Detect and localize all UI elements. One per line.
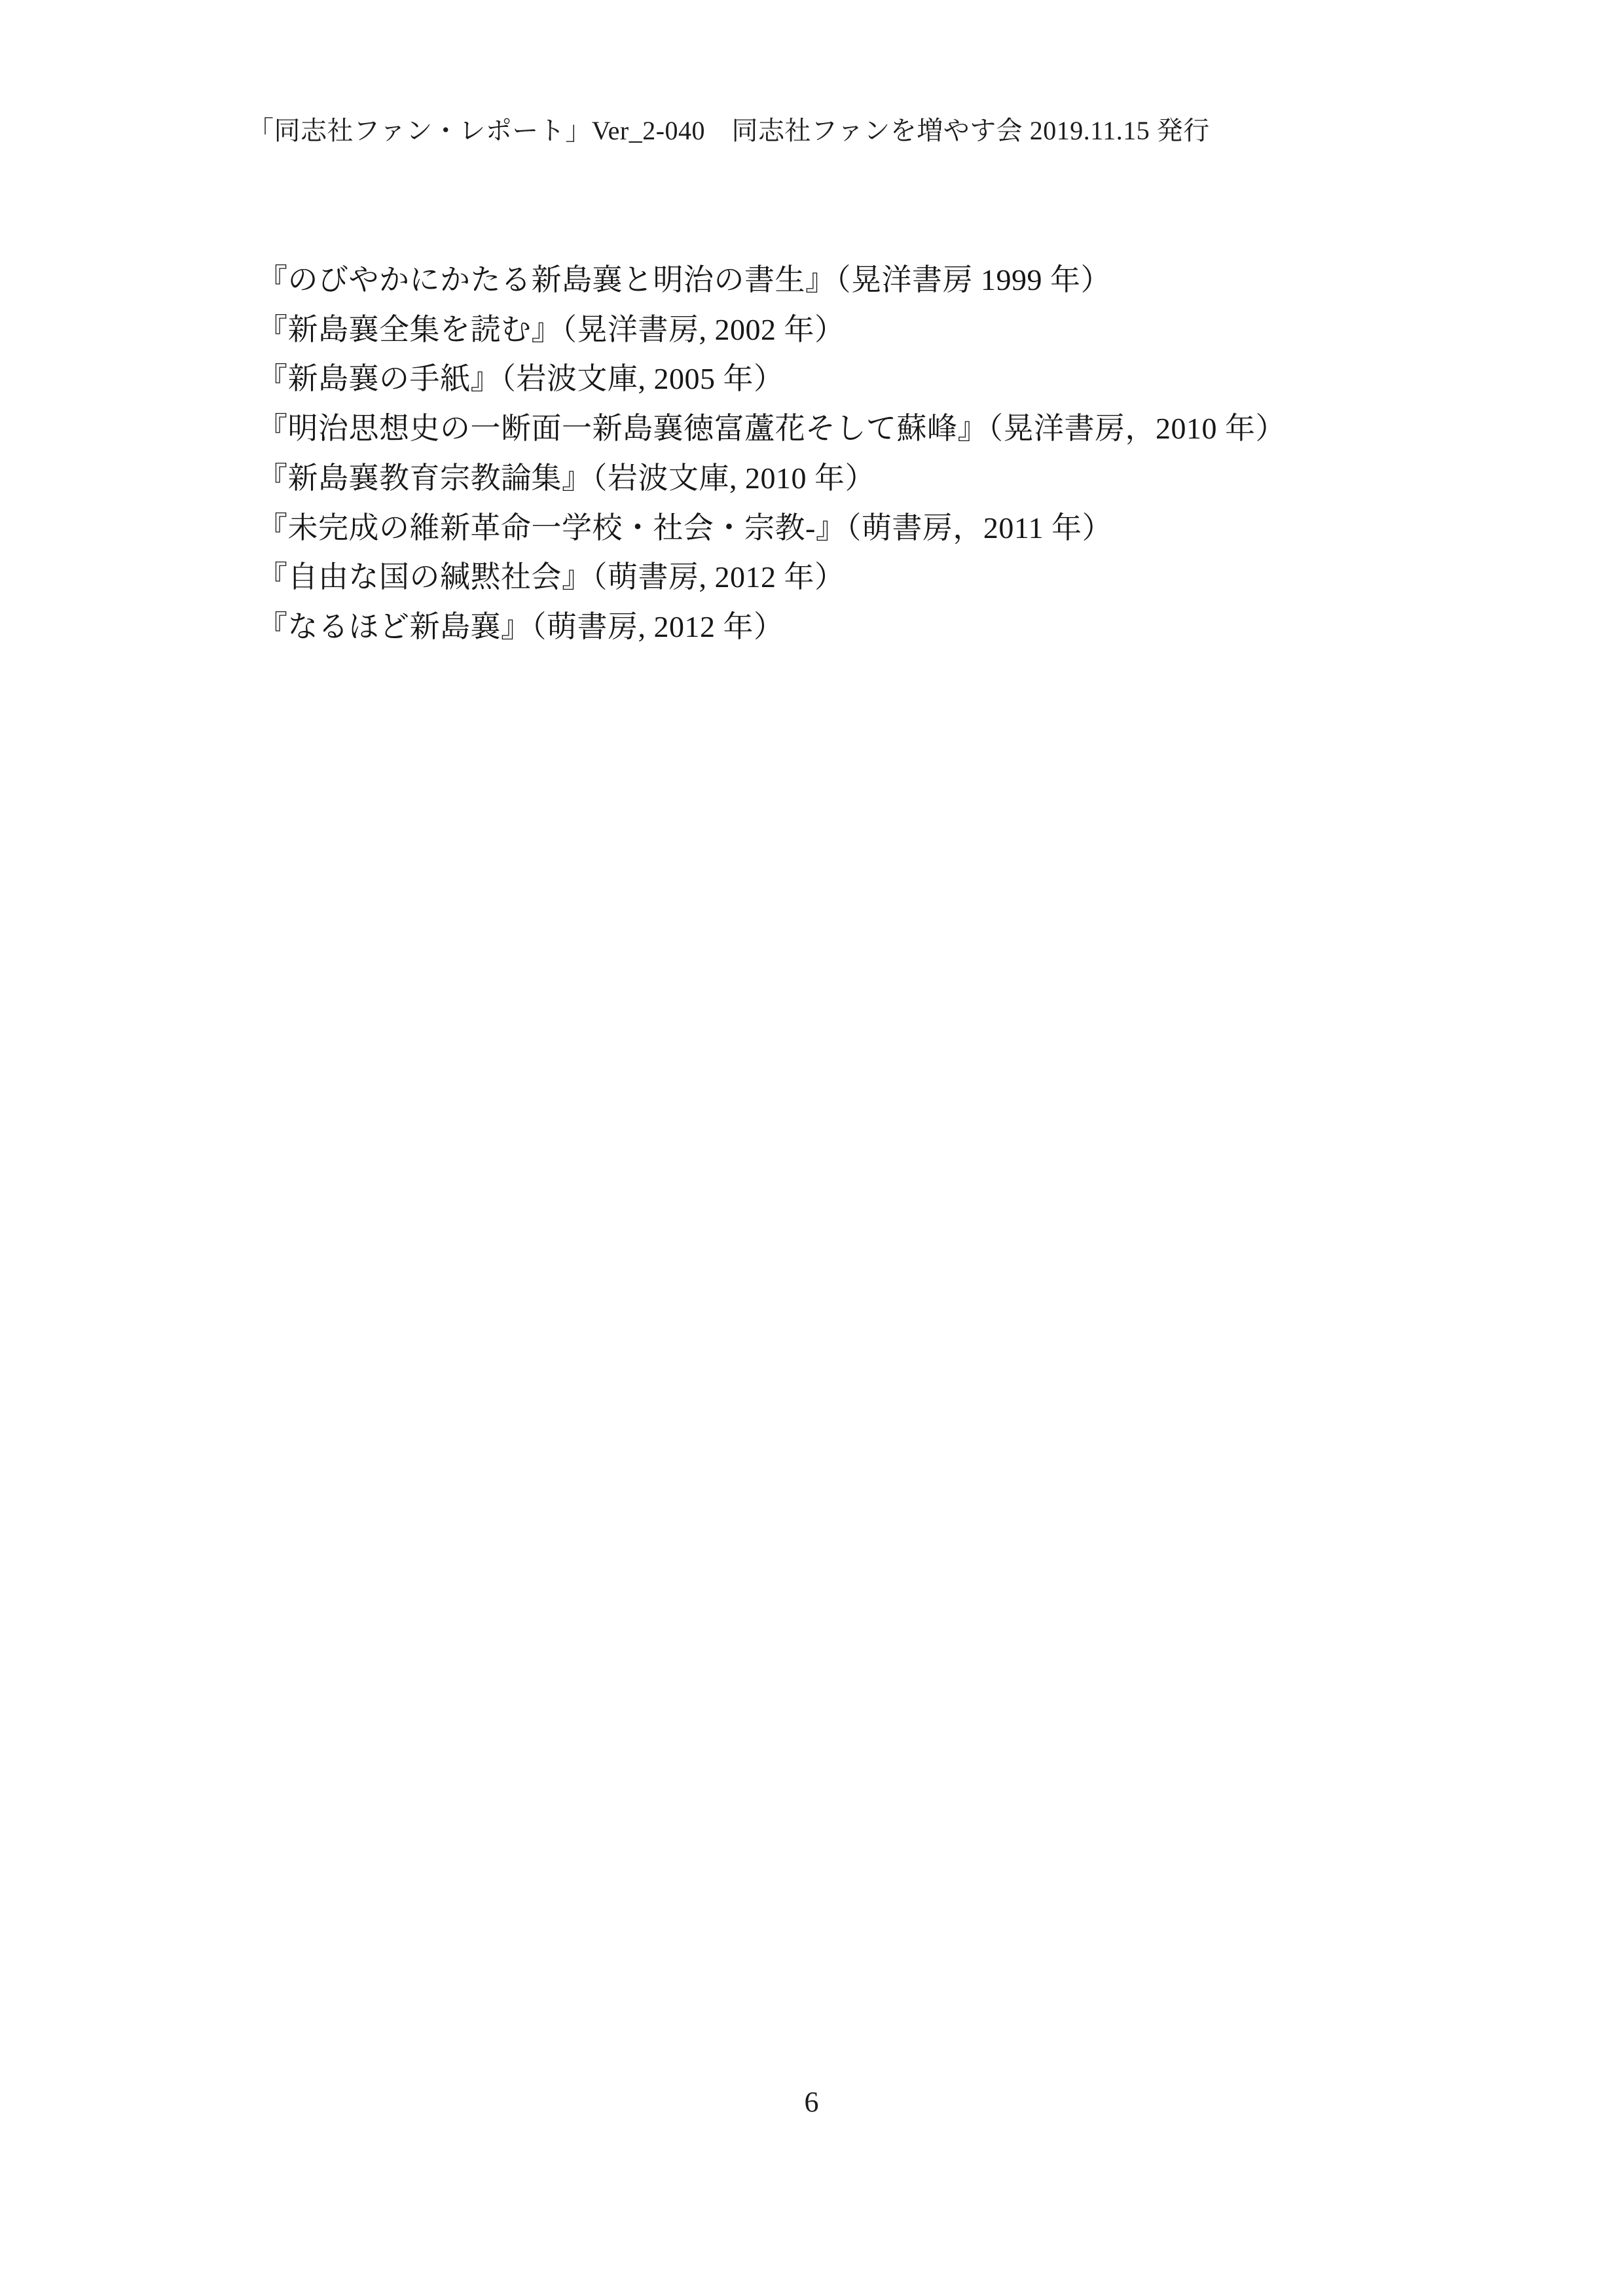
bibliography-entry: 『新島襄教育宗教論集』（岩波文庫, 2010 年） <box>257 454 1436 503</box>
bibliography-entry: 『未完成の維新革命一学校・社会・宗教-』（萌書房，2011 年） <box>257 503 1436 553</box>
bibliography-entry: 『新島襄の手紙』（岩波文庫, 2005 年） <box>257 354 1436 404</box>
bibliography-entry: 『明治思想史の一断面一新島襄徳富蘆花そして蘇峰』（晃洋書房，2010 年） <box>257 404 1436 454</box>
page-number: 6 <box>0 2085 1623 2119</box>
bibliography-entry: 『なるほど新島襄』（萌書房, 2012 年） <box>257 602 1436 652</box>
page-header: 「同志社ファン・レポート」Ver_2-040 同志社ファンを増やす会 2019.… <box>247 115 1210 147</box>
bibliography-entry: 『新島襄全集を読む』（晃洋書房, 2002 年） <box>257 305 1436 355</box>
bibliography-list: 『のびやかにかたる新島襄と明治の書生』（晃洋書房 1999 年） 『新島襄全集を… <box>257 255 1436 652</box>
bibliography-entry: 『自由な国の緘黙社会』（萌書房, 2012 年） <box>257 552 1436 602</box>
document-page: 「同志社ファン・レポート」Ver_2-040 同志社ファンを増やす会 2019.… <box>0 0 1623 2296</box>
bibliography-entry: 『のびやかにかたる新島襄と明治の書生』（晃洋書房 1999 年） <box>257 255 1436 305</box>
